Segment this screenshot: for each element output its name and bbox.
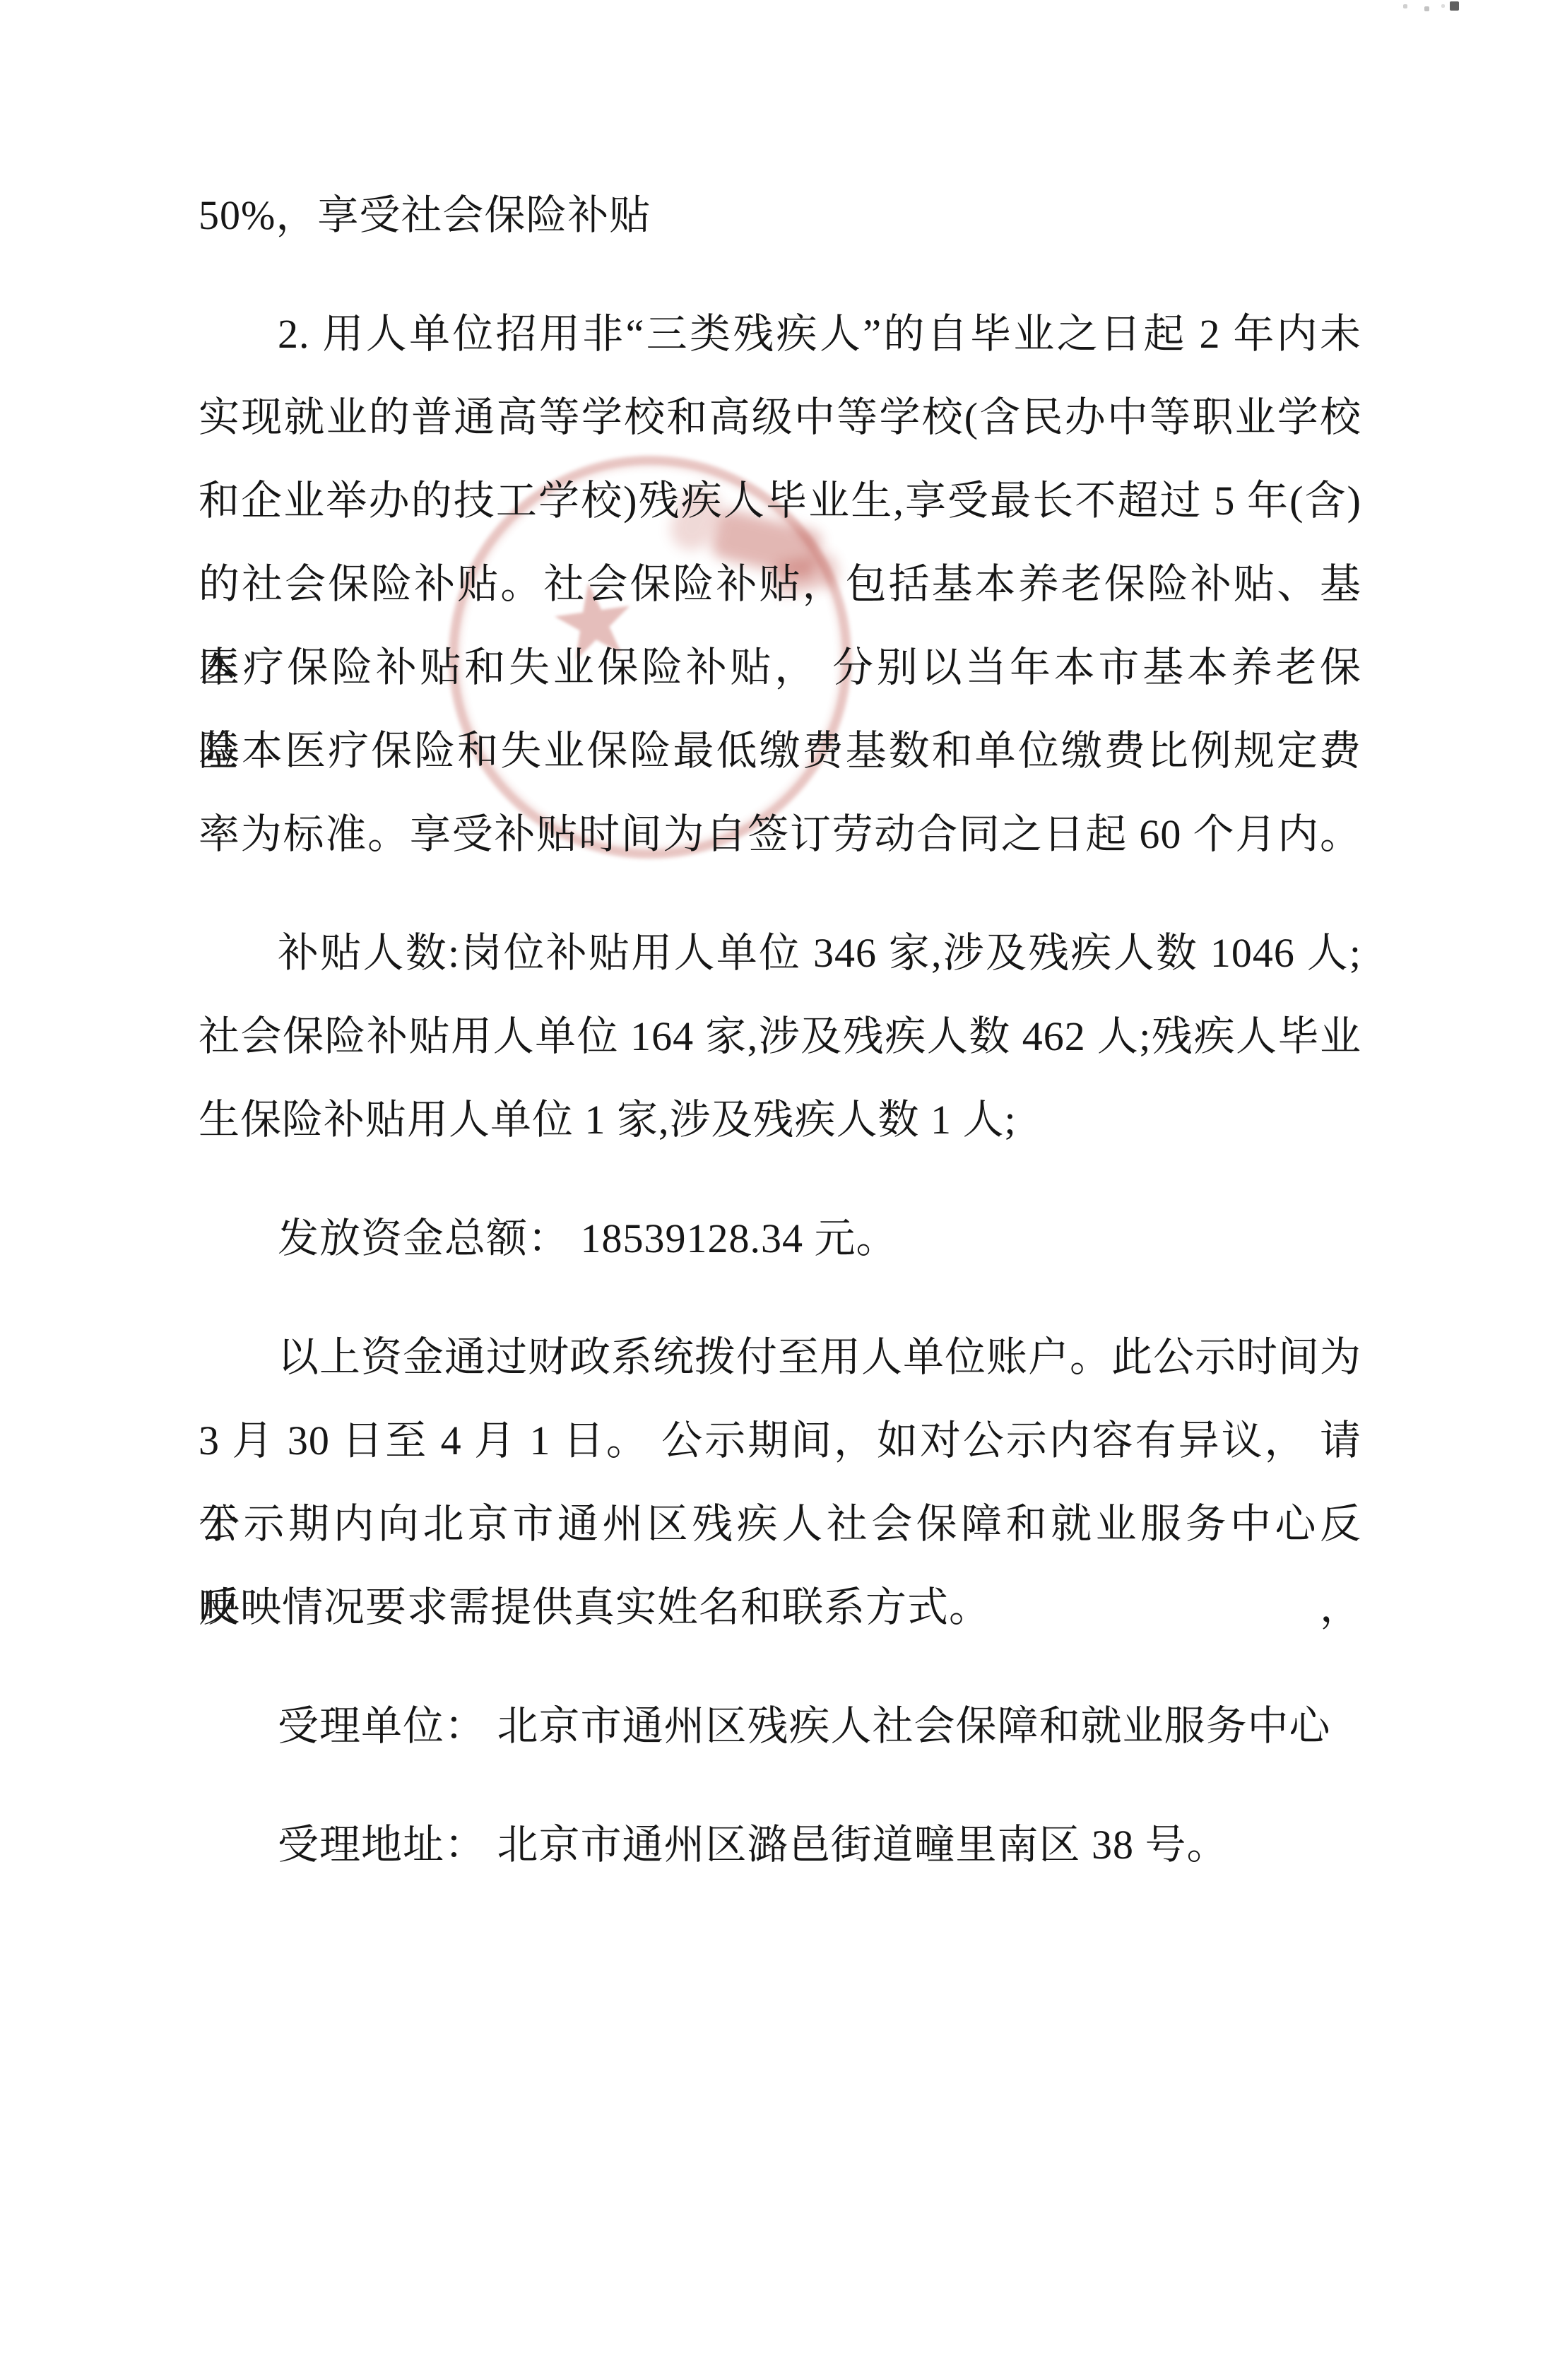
text-line: 发放资金总额： 18539128.34 元。	[199, 1197, 1361, 1280]
paragraph: 以上资金通过财政系统拨付至用人单位账户。此公示时间为3 月 30 日至 4 月 …	[199, 1316, 1361, 1649]
text-line: 生保险补贴用人单位 1 家,涉及残疾人数 1 人;	[199, 1078, 1361, 1162]
text-line: 实现就业的普通高等学校和高级中等学校(含民办中等职业学校	[199, 376, 1361, 459]
paragraph: 受理单位： 北京市通州区残疾人社会保障和就业服务中心	[199, 1685, 1361, 1768]
text-line: 2. 用人单位招用非“三类残疾人”的自毕业之日起 2 年内未	[199, 293, 1361, 376]
text-line: 和企业举办的技工学校)残疾人毕业生,享受最长不超过 5 年(含)	[199, 459, 1361, 543]
text-line: 受理单位： 北京市通州区残疾人社会保障和就业服务中心	[199, 1685, 1361, 1768]
noise-speck	[1403, 4, 1407, 8]
document-body: 50%，享受社会保险补贴2. 用人单位招用非“三类残疾人”的自毕业之日起 2 年…	[199, 174, 1361, 1922]
text-line: 50%，享受社会保险补贴	[199, 174, 1361, 257]
text-line: 医疗保险补贴和失业保险补贴， 分别以当年本市基本养老保险、	[199, 626, 1361, 709]
text-line: 基本医疗保险和失业保险最低缴费基数和单位缴费比例规定费	[199, 709, 1361, 793]
text-line: 率为标准。享受补贴时间为自签订劳动合同之日起 60 个月内。	[199, 793, 1361, 876]
noise-speck	[1441, 4, 1445, 8]
paragraph: 受理地址： 北京市通州区潞邑街道疃里南区 38 号。	[199, 1803, 1361, 1887]
noise-speck	[1424, 6, 1429, 11]
paragraph: 50%，享受社会保险补贴	[199, 174, 1361, 257]
noise-speck	[1450, 1, 1459, 11]
text-line: 3 月 30 日至 4 月 1 日。 公示期间，如对公示内容有异议， 请于	[199, 1399, 1361, 1483]
text-line: 的社会保险补贴。社会保险补贴，包括基本养老保险补贴、基本	[199, 543, 1361, 626]
text-line: 公示期内向北京市通州区残疾人社会保障和就业服务中心反映，	[199, 1483, 1361, 1566]
paragraph: 补贴人数:岗位补贴用人单位 346 家,涉及残疾人数 1046 人;社会保险补贴…	[199, 912, 1361, 1162]
text-line: 受理地址： 北京市通州区潞邑街道疃里南区 38 号。	[199, 1803, 1361, 1887]
document-page: 50%，享受社会保险补贴2. 用人单位招用非“三类残疾人”的自毕业之日起 2 年…	[0, 0, 1560, 2380]
paragraph: 2. 用人单位招用非“三类残疾人”的自毕业之日起 2 年内未实现就业的普通高等学…	[199, 293, 1361, 876]
text-line: 社会保险补贴用人单位 164 家,涉及残疾人数 462 人;残疾人毕业	[199, 995, 1361, 1078]
text-line: 补贴人数:岗位补贴用人单位 346 家,涉及残疾人数 1046 人;	[199, 912, 1361, 995]
paragraph: 发放资金总额： 18539128.34 元。	[199, 1197, 1361, 1280]
text-line: 以上资金通过财政系统拨付至用人单位账户。此公示时间为	[199, 1316, 1361, 1399]
